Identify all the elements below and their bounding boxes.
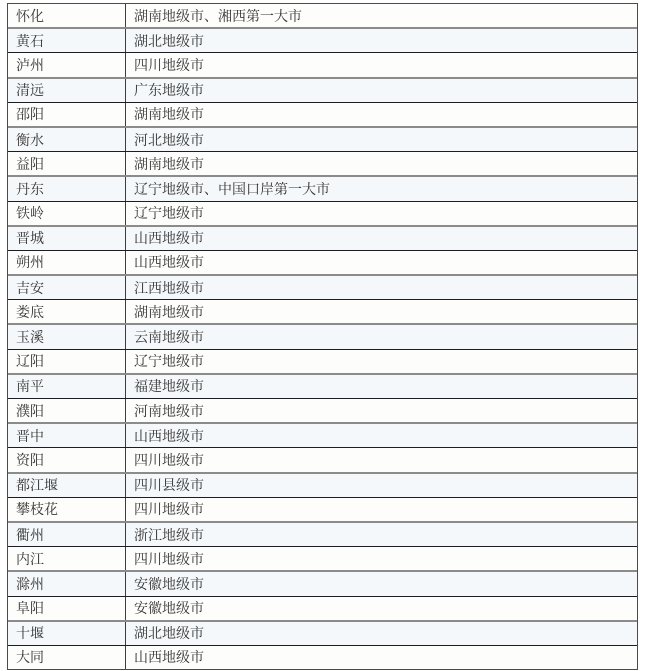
city-cell: 泸州: [8, 53, 126, 76]
table-row: 阜阳 安徽地级市: [8, 597, 637, 622]
city-cell: 濮阳: [8, 399, 126, 422]
description-cell: 广东地级市: [126, 79, 637, 102]
city-cell: 大同: [8, 646, 126, 669]
description-cell: 湖南地级市: [126, 103, 637, 126]
description-cell: 湖南地级市、湘西第一大市: [126, 4, 637, 27]
city-cell: 滁州: [8, 572, 126, 595]
description-cell: 福建地级市: [126, 375, 637, 398]
description-cell: 安徽地级市: [126, 572, 637, 595]
table-row: 辽阳 辽宁地级市: [8, 350, 637, 375]
table-row: 滁州 安徽地级市: [8, 572, 637, 596]
table-row: 衡水 河北地级市: [8, 128, 637, 152]
city-cell: 朔州: [8, 251, 126, 274]
city-cell: 娄底: [8, 300, 126, 323]
description-cell: 四川地级市: [126, 498, 637, 521]
city-cell: 十堰: [8, 622, 126, 645]
city-cell: 晋城: [8, 227, 126, 250]
city-table: 怀化 湖南地级市、湘西第一大市 黄石 湖北地级市 泸州 四川地级市 清远 广东地…: [7, 3, 638, 670]
table-row: 泸州 四川地级市: [8, 53, 637, 78]
table-row: 晋城 山西地级市: [8, 227, 637, 251]
table-row: 丹东 辽宁地级市、中国口岸第一大市: [8, 177, 637, 201]
description-cell: 山西地级市: [126, 251, 637, 274]
table-row: 朔州 山西地级市: [8, 251, 637, 276]
description-cell: 河北地级市: [126, 128, 637, 151]
table-row: 清远 广东地级市: [8, 79, 637, 103]
city-cell: 衢州: [8, 523, 126, 546]
table-row: 邵阳 湖南地级市: [8, 103, 637, 128]
table-row: 都江堰 四川县级市: [8, 474, 637, 498]
description-cell: 山西地级市: [126, 646, 637, 669]
city-cell: 丹东: [8, 177, 126, 200]
description-cell: 辽宁地级市: [126, 202, 637, 225]
description-cell: 山西地级市: [126, 227, 637, 250]
city-cell: 都江堰: [8, 474, 126, 497]
table-row: 衢州 浙江地级市: [8, 523, 637, 547]
description-cell: 湖北地级市: [126, 29, 637, 52]
city-cell: 怀化: [8, 4, 126, 27]
city-cell: 吉安: [8, 276, 126, 299]
table-row: 大同 山西地级市: [8, 646, 637, 669]
description-cell: 安徽地级市: [126, 597, 637, 620]
city-cell: 南平: [8, 375, 126, 398]
table-row: 资阳 四川地级市: [8, 448, 637, 473]
table-row: 内江 四川地级市: [8, 547, 637, 572]
city-cell: 内江: [8, 547, 126, 570]
table-row: 南平 福建地级市: [8, 375, 637, 399]
table-row: 铁岭 辽宁地级市: [8, 202, 637, 227]
description-cell: 湖南地级市: [126, 152, 637, 175]
table-row: 黄石 湖北地级市: [8, 29, 637, 53]
description-cell: 四川地级市: [126, 547, 637, 570]
city-cell: 清远: [8, 79, 126, 102]
city-cell: 益阳: [8, 152, 126, 175]
description-cell: 湖北地级市: [126, 622, 637, 645]
city-cell: 资阳: [8, 448, 126, 471]
city-cell: 攀枝花: [8, 498, 126, 521]
description-cell: 四川县级市: [126, 474, 637, 497]
description-cell: 辽宁地级市、中国口岸第一大市: [126, 177, 637, 200]
table-row: 玉溪 云南地级市: [8, 325, 637, 349]
table-row: 吉安 江西地级市: [8, 276, 637, 300]
description-cell: 江西地级市: [126, 276, 637, 299]
city-cell: 阜阳: [8, 597, 126, 620]
description-cell: 河南地级市: [126, 399, 637, 422]
city-cell: 铁岭: [8, 202, 126, 225]
description-cell: 浙江地级市: [126, 523, 637, 546]
description-cell: 湖南地级市: [126, 300, 637, 323]
description-cell: 四川地级市: [126, 448, 637, 471]
city-cell: 衡水: [8, 128, 126, 151]
table-row: 攀枝花 四川地级市: [8, 498, 637, 523]
city-cell: 辽阳: [8, 350, 126, 373]
table-row: 怀化 湖南地级市、湘西第一大市: [8, 4, 637, 29]
city-cell: 晋中: [8, 424, 126, 447]
table-row: 十堰 湖北地级市: [8, 622, 637, 646]
description-cell: 四川地级市: [126, 53, 637, 76]
table-row: 娄底 湖南地级市: [8, 300, 637, 325]
page: 怀化 湖南地级市、湘西第一大市 黄石 湖北地级市 泸州 四川地级市 清远 广东地…: [0, 0, 645, 671]
city-cell: 玉溪: [8, 325, 126, 348]
city-cell: 黄石: [8, 29, 126, 52]
table-row: 濮阳 河南地级市: [8, 399, 637, 424]
description-cell: 山西地级市: [126, 424, 637, 447]
city-cell: 邵阳: [8, 103, 126, 126]
table-row: 益阳 湖南地级市: [8, 152, 637, 177]
description-cell: 辽宁地级市: [126, 350, 637, 373]
description-cell: 云南地级市: [126, 325, 637, 348]
table-row: 晋中 山西地级市: [8, 424, 637, 448]
